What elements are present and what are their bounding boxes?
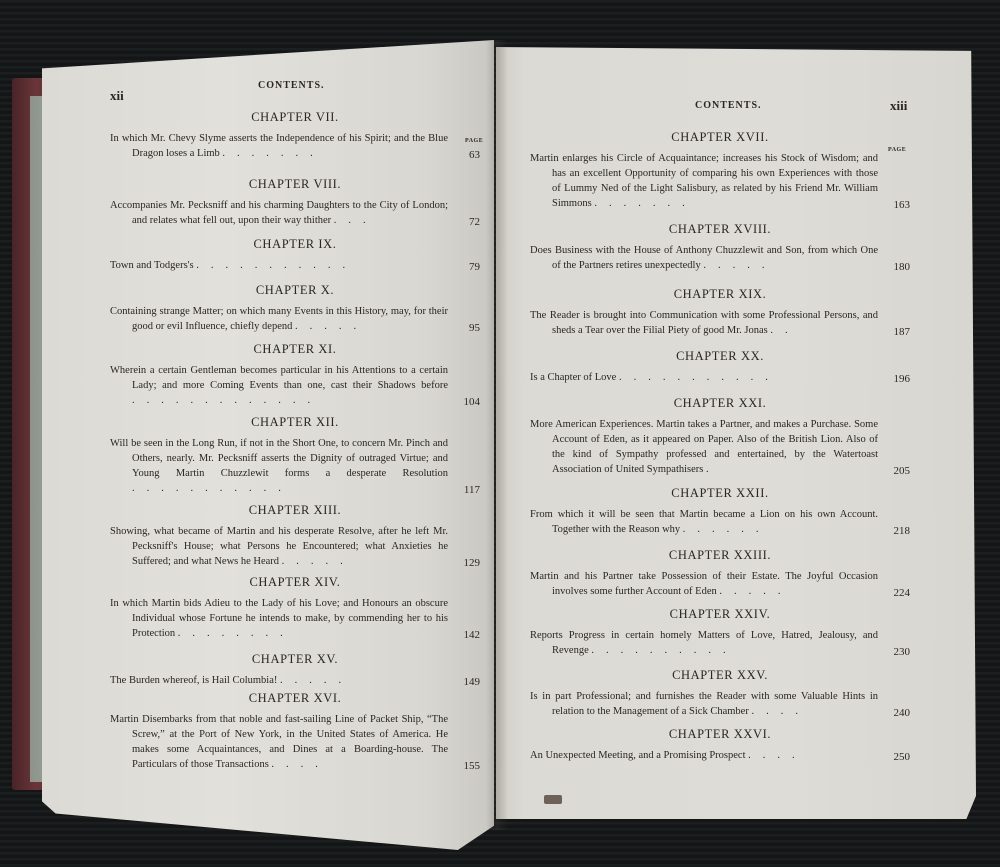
chapter-page: 72 xyxy=(452,216,480,228)
chapter-title: CHAPTER XXIV. xyxy=(530,607,910,622)
chapter-page: 163 xyxy=(882,199,910,211)
toc-entry: CHAPTER XXIII. Martin and his Partner ta… xyxy=(530,548,910,599)
chapter-description: Martin and his Partner take Possession o… xyxy=(530,569,910,599)
chapter-page: 95 xyxy=(452,322,480,334)
chapter-title: CHAPTER X. xyxy=(110,283,480,298)
chapter-description: Martin enlarges his Circle of Acquaintan… xyxy=(530,151,910,211)
chapter-description: Will be seen in the Long Run, if not in … xyxy=(110,436,480,496)
chapter-page: 230 xyxy=(882,646,910,658)
chapter-page: 79 xyxy=(452,261,480,273)
chapter-title: CHAPTER XXII. xyxy=(530,486,910,501)
chapter-page: 129 xyxy=(452,557,480,569)
chapter-description: More American Experiences. Martin takes … xyxy=(530,417,910,477)
chapter-title: CHAPTER XXIII. xyxy=(530,548,910,563)
chapter-title: CHAPTER XI. xyxy=(110,342,480,357)
toc-entry: CHAPTER XII. Will be seen in the Long Ru… xyxy=(110,415,480,496)
left-folio: xii xyxy=(110,88,124,104)
toc-entry: CHAPTER XVII. Martin enlarges his Circle… xyxy=(530,130,910,211)
chapter-description: Town and Todgers's ........... xyxy=(110,258,480,273)
toc-entry: CHAPTER XVIII. Does Business with the Ho… xyxy=(530,222,910,273)
toc-entry: CHAPTER XXIV. Reports Progress in certai… xyxy=(530,607,910,658)
chapter-description: Is a Chapter of Love ........... xyxy=(530,370,910,385)
chapter-title: CHAPTER XIX. xyxy=(530,287,910,302)
chapter-description: Is in part Professional; and furnishes t… xyxy=(530,689,910,719)
toc-entry: CHAPTER XX. Is a Chapter of Love .......… xyxy=(530,349,910,385)
chapter-description: Reports Progress in certain homely Matte… xyxy=(530,628,910,658)
toc-entry: CHAPTER XIII. Showing, what became of Ma… xyxy=(110,503,480,569)
chapter-page: 224 xyxy=(882,587,910,599)
right-running-head: CONTENTS. xyxy=(695,100,762,111)
chapter-page: 250 xyxy=(882,751,910,763)
chapter-title: CHAPTER XV. xyxy=(110,652,480,667)
left-running-head: CONTENTS. xyxy=(258,80,325,91)
chapter-title: CHAPTER XXV. xyxy=(530,668,910,683)
chapter-page: 187 xyxy=(882,326,910,338)
chapter-page: 240 xyxy=(882,707,910,719)
chapter-description: Showing, what became of Martin and his d… xyxy=(110,524,480,569)
chapter-page: 218 xyxy=(882,525,910,537)
gutter xyxy=(486,40,508,830)
toc-entry: CHAPTER XXII. From which it will be seen… xyxy=(530,486,910,537)
chapter-page: 63 xyxy=(452,149,480,161)
chapter-description: The Burden whereof, is Hail Columbia! ..… xyxy=(110,673,480,688)
chapter-description: Accompanies Mr. Pecksniff and his charmi… xyxy=(110,198,480,228)
toc-entry: CHAPTER VIII. Accompanies Mr. Pecksniff … xyxy=(110,177,480,228)
chapter-title: CHAPTER XVII. xyxy=(530,130,910,145)
toc-entry: CHAPTER IX. Town and Todgers's .........… xyxy=(110,237,480,273)
chapter-page: 205 xyxy=(882,465,910,477)
chapter-page: 142 xyxy=(452,629,480,641)
chapter-description: The Reader is brought into Communication… xyxy=(530,308,910,338)
chapter-page: 155 xyxy=(452,760,480,772)
toc-entry: CHAPTER XI. Wherein a certain Gentleman … xyxy=(110,342,480,408)
toc-entry: CHAPTER X. Containing strange Matter; on… xyxy=(110,283,480,334)
right-folio: xiii xyxy=(890,98,907,114)
chapter-title: CHAPTER VIII. xyxy=(110,177,480,192)
chapter-title: CHAPTER XXVI. xyxy=(530,727,910,742)
chapter-title: CHAPTER VII. xyxy=(110,110,480,125)
chapter-page: 180 xyxy=(882,261,910,273)
chapter-title: CHAPTER XIII. xyxy=(110,503,480,518)
chapter-description: An Unexpected Meeting, and a Promising P… xyxy=(530,748,910,763)
toc-entry: CHAPTER XIX. The Reader is brought into … xyxy=(530,287,910,338)
chapter-description: In which Mr. Chevy Slyme asserts the Ind… xyxy=(110,131,480,161)
chapter-page: 196 xyxy=(882,373,910,385)
chapter-title: CHAPTER XVIII. xyxy=(530,222,910,237)
toc-entry: CHAPTER XIV. In which Martin bids Adieu … xyxy=(110,575,480,641)
chapter-title: CHAPTER XIV. xyxy=(110,575,480,590)
toc-entry: CHAPTER XV. The Burden whereof, is Hail … xyxy=(110,652,480,688)
chapter-page: 149 xyxy=(452,676,480,688)
chapter-title: CHAPTER XII. xyxy=(110,415,480,430)
paper-stain xyxy=(544,795,562,804)
chapter-title: CHAPTER XVI. xyxy=(110,691,480,706)
chapter-description: Martin Disembarks from that noble and fa… xyxy=(110,712,480,772)
chapter-description: From which it will be seen that Martin b… xyxy=(530,507,910,537)
chapter-title: CHAPTER XX. xyxy=(530,349,910,364)
chapter-page: 104 xyxy=(452,396,480,408)
toc-entry: CHAPTER VII. In which Mr. Chevy Slyme as… xyxy=(110,110,480,161)
toc-entry: CHAPTER XXVI. An Unexpected Meeting, and… xyxy=(530,727,910,763)
chapter-description: Containing strange Matter; on which many… xyxy=(110,304,480,334)
chapter-description: Does Business with the House of Anthony … xyxy=(530,243,910,273)
chapter-description: Wherein a certain Gentleman becomes part… xyxy=(110,363,480,408)
chapter-title: CHAPTER XXI. xyxy=(530,396,910,411)
toc-entry: CHAPTER XXI. More American Experiences. … xyxy=(530,396,910,477)
toc-entry: CHAPTER XVI. Martin Disembarks from that… xyxy=(110,691,480,772)
chapter-page: 117 xyxy=(452,484,480,496)
toc-entry: CHAPTER XXV. Is in part Professional; an… xyxy=(530,668,910,719)
chapter-description: In which Martin bids Adieu to the Lady o… xyxy=(110,596,480,641)
chapter-title: CHAPTER IX. xyxy=(110,237,480,252)
